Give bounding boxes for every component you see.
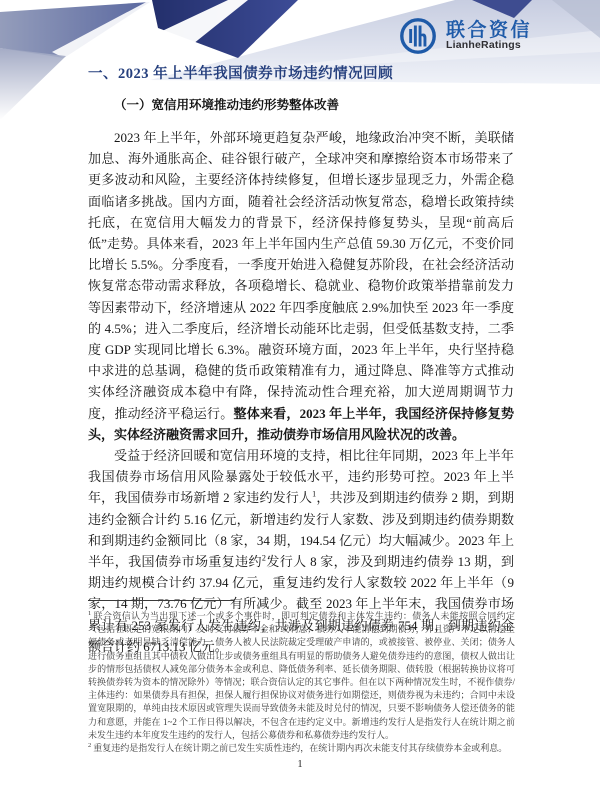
paragraph-1-text: 2023 年上半年，外部环境更趋复杂严峻，地缘政治冲突不断，美联储加息、海外通胀… bbox=[88, 130, 514, 421]
footnote-divider bbox=[88, 600, 234, 601]
page-number: 1 bbox=[0, 759, 600, 770]
lianhe-circle-icon bbox=[398, 16, 438, 56]
footnote-1-marker: 1 bbox=[88, 610, 91, 617]
footnotes-section: 1联合资信认为当出现下述一个或多个事件时，即可判定债券和主体发生违约：债务人未能… bbox=[88, 600, 515, 755]
footnote-2-text: 重复违约是指发行人在统计期之前已发生实质性违约，在统计期内再次未能支付其存续债券… bbox=[93, 743, 507, 753]
footnote-2: 2重复违约是指发行人在统计期之前已发生实质性违约，在统计期内再次未能支付其存续债… bbox=[88, 742, 515, 755]
document-body: 一、2023 年上半年我国债券市场违约情况回顾 （一）宽信用环境推动违约形势整体… bbox=[88, 62, 514, 657]
left-fade-triangle bbox=[0, 48, 66, 120]
logo-name-english: LianheRatings bbox=[446, 40, 532, 51]
subsection-heading: （一）宽信用环境推动违约形势整体改善 bbox=[88, 95, 514, 113]
report-page: 联合资信 LianheRatings 一、2023 年上半年我国债券市场违约情况… bbox=[0, 0, 600, 800]
lianhe-ratings-logo: 联合资信 LianheRatings bbox=[398, 16, 532, 56]
logo-name-chinese: 联合资信 bbox=[446, 21, 532, 41]
footnote-2-marker: 2 bbox=[88, 742, 91, 749]
footnote-1-text: 联合资信认为当出现下述一个或多个事件时，即可判定债券和主体发生违约：债务人未能按… bbox=[88, 611, 515, 740]
section-heading: 一、2023 年上半年我国债券市场违约情况回顾 bbox=[88, 62, 514, 83]
logo-text: 联合资信 LianheRatings bbox=[446, 21, 532, 52]
footnote-1: 1联合资信认为当出现下述一个或多个事件时，即可判定债券和主体发生违约：债务人未能… bbox=[88, 610, 515, 742]
paragraph-1: 2023 年上半年，外部环境更趋复杂严峻，地缘政治冲突不断，美联储加息、海外通胀… bbox=[88, 127, 514, 445]
